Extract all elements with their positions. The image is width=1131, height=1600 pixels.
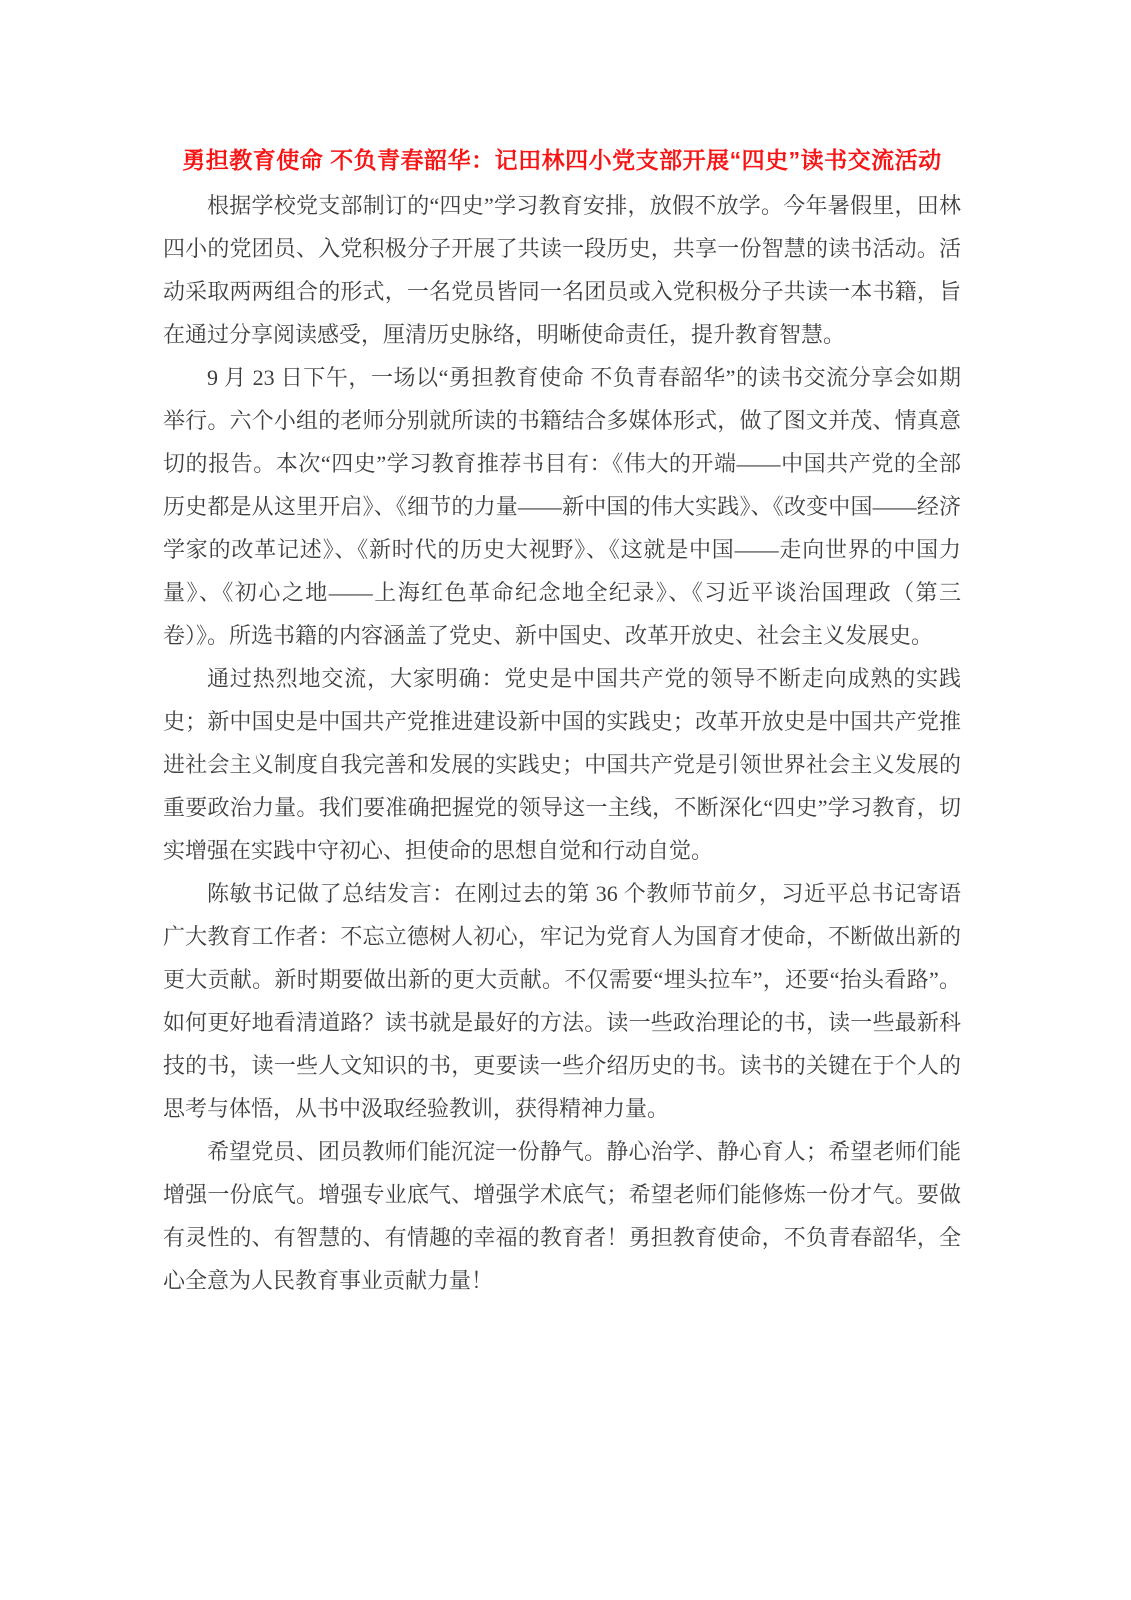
paragraph-secretary-remarks: 陈敏书记做了总结发言：在刚过去的第 36 个教师节前夕，习近平总书记寄语广大教育… bbox=[163, 872, 961, 1130]
paragraph-closing-hopes: 希望党员、团员教师们能沉淀一份静气。静心治学、静心育人；希望老师们能增强一份底气… bbox=[163, 1130, 961, 1302]
document-title: 勇担教育使命 不负青春韶华：记田林四小党支部开展“四史”读书交流活动 bbox=[163, 140, 961, 180]
paragraph-intro: 根据学校党支部制订的“四史”学习教育安排，放假不放学。今年暑假里，田林四小的党团… bbox=[163, 184, 961, 356]
paragraph-event-and-booklist: 9 月 23 日下午，一场以“勇担教育使命 不负青春韶华”的读书交流分享会如期举… bbox=[163, 356, 961, 657]
document-page: 勇担教育使命 不负青春韶华：记田林四小党支部开展“四史”读书交流活动 根据学校党… bbox=[163, 140, 961, 1302]
paragraph-exchange-summary: 通过热烈地交流，大家明确：党史是中国共产党的领导不断走向成熟的实践史；新中国史是… bbox=[163, 657, 961, 872]
